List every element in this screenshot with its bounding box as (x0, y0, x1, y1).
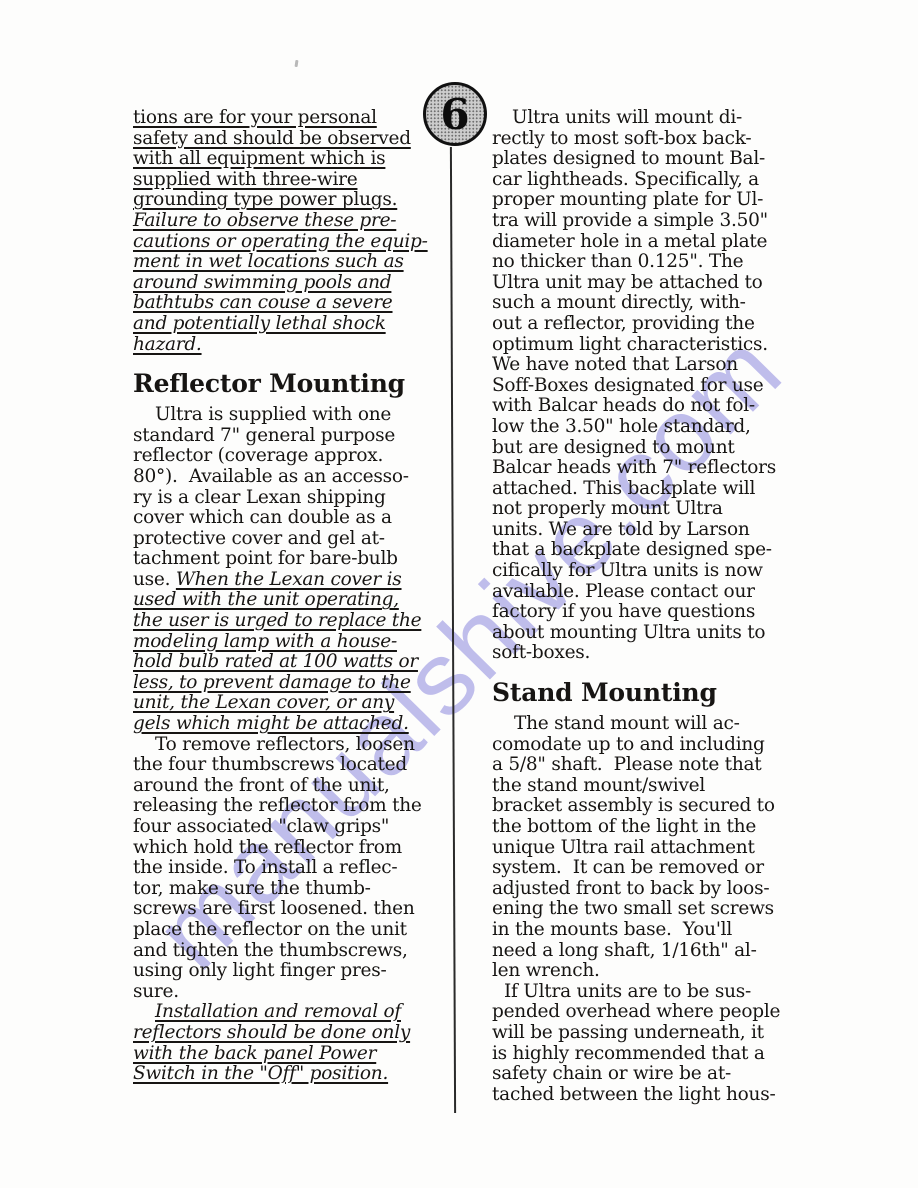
text-line: the inside. To install a reflec- (133, 858, 433, 879)
text-segment: less, to prevent damage to the (133, 672, 411, 693)
text-line: hold bulb rated at 100 watts or (133, 652, 433, 673)
text-segment: out a reflector, providing the (492, 313, 755, 334)
text-line: about mounting Ultra units to (492, 623, 812, 644)
page-number: 6 (440, 94, 469, 136)
text-segment: supplied with three-wire (133, 169, 357, 190)
text-segment: unit, the Lexan cover, or any (133, 692, 394, 713)
text-segment: If Ultra units are to be sus- (504, 981, 751, 1002)
text-segment: Soff-Boxes designated for use (492, 375, 764, 396)
text-line: tra will provide a simple 3.50" (492, 211, 812, 232)
text-line: less, to prevent damage to the (133, 673, 433, 694)
text-segment: comodate up to and including (492, 734, 765, 755)
text-segment: is highly recommended that a (492, 1043, 765, 1064)
text-segment: pended overhead where people (492, 1001, 780, 1022)
text-line: tached between the light hous- (492, 1085, 812, 1106)
text-line: Installation and removal of (133, 1002, 433, 1023)
text-segment: in the mounts base. You'll (492, 919, 732, 940)
text-line: low the 3.50" hole standard, (492, 417, 812, 438)
text-line: protective cover and gel at- (133, 529, 433, 550)
text-line: Ultra is supplied with one (133, 405, 433, 426)
text-line: that a backplate designed spe- (492, 540, 812, 561)
text-line: will be passing underneath, it (492, 1023, 812, 1044)
text-line: Failure to observe these pre- (133, 211, 433, 232)
section-heading: Stand Mounting (492, 679, 812, 707)
text-line: standard 7" general purpose (133, 426, 433, 447)
text-segment: use. (133, 569, 176, 590)
text-line: releasing the reflector from the (133, 796, 433, 817)
text-segment: len wrench. (492, 960, 600, 981)
text-line: the user is urged to replace the (133, 611, 433, 632)
text-line: bracket assembly is secured to (492, 796, 812, 817)
text-line: safety and should be observed (133, 129, 433, 150)
text-segment: factory if you have questions (492, 601, 755, 622)
text-segment: safety and should be observed (133, 128, 411, 149)
text-segment: the stand mount/swivel (492, 775, 705, 796)
text-line: sure. (133, 982, 433, 1003)
page-number-badge: 6 (423, 82, 487, 146)
text-line: in the mounts base. You'll (492, 920, 812, 941)
text-segment: When the Lexan cover is (176, 569, 402, 590)
text-segment: Ultra unit may be attached to (492, 272, 763, 293)
text-line: safety chain or wire be at- (492, 1064, 812, 1085)
text-line: tions are for your personal (133, 108, 433, 129)
text-line: four associated "claw grips" (133, 817, 433, 838)
text-line: around the front of the unit, (133, 776, 433, 797)
text-line: place the reflector on the unit (133, 920, 433, 941)
text-line: plates designed to mount Bal- (492, 149, 812, 170)
text-segment: plates designed to mount Bal- (492, 148, 765, 169)
text-line: the stand mount/swivel (492, 776, 812, 797)
text-line: and tighten the thumbscrews, (133, 941, 433, 962)
text-line: reflector (coverage approx. (133, 446, 433, 467)
text-line: cifically for Ultra units is now (492, 561, 812, 582)
text-segment: unique Ultra rail attachment (492, 837, 755, 858)
text-segment: system. It can be removed or (492, 857, 764, 878)
text-line: with all equipment which is (133, 149, 433, 170)
text-line: We have noted that Larson (492, 355, 812, 376)
text-line: use. When the Lexan cover is (133, 570, 433, 591)
text-segment: We have noted that Larson (492, 354, 738, 375)
text-line: gels which might be attached. (133, 714, 433, 735)
text-line: unit, the Lexan cover, or any (133, 693, 433, 714)
section-heading: Reflector Mounting (133, 370, 433, 398)
text-segment: Ultra is supplied with one (155, 404, 391, 425)
text-segment: screws are first loosened. then (133, 898, 415, 919)
text-segment: 80°). Available as an accesso- (133, 466, 409, 487)
text-line: available. Please contact our (492, 582, 812, 603)
text-line: Ultra unit may be attached to (492, 273, 812, 294)
text-line: len wrench. (492, 961, 812, 982)
text-segment: available. Please contact our (492, 581, 755, 602)
text-line: Switch in the "Off" position. (133, 1064, 433, 1085)
text-segment: grounding type power plugs. (133, 189, 397, 210)
text-segment: but are designed to mount (492, 437, 735, 458)
text-segment: ening the two small set screws (492, 898, 774, 919)
text-segment: proper mounting plate for Ul- (492, 189, 763, 210)
text-line: need a long shaft, 1/16th" al- (492, 941, 812, 962)
text-segment: will be passing underneath, it (492, 1022, 764, 1043)
text-line: If Ultra units are to be sus- (492, 982, 812, 1003)
text-line: factory if you have questions (492, 602, 812, 623)
text-segment: hold bulb rated at 100 watts or (133, 651, 418, 672)
text-segment: ment in wet locations such as (133, 251, 404, 272)
text-line: tachment point for bare-bulb (133, 549, 433, 570)
text-segment: used with the unit operating, (133, 589, 399, 610)
text-segment: with the back panel Power (133, 1043, 376, 1064)
text-line: such a mount directly, with- (492, 293, 812, 314)
text-segment: such a mount directly, with- (492, 292, 746, 313)
scanned-manual-page: manualshive.com 6 tions are for your per… (0, 0, 918, 1188)
text-segment: the inside. To install a reflec- (133, 857, 397, 878)
text-segment: around the front of the unit, (133, 775, 390, 796)
text-line: rectly to most soft-box back- (492, 129, 812, 150)
text-line: comodate up to and including (492, 735, 812, 756)
text-segment: around swimming pools and (133, 272, 391, 293)
text-segment: using only light finger pres- (133, 960, 387, 981)
text-line: proper mounting plate for Ul- (492, 190, 812, 211)
text-line: modeling lamp with a house- (133, 632, 433, 653)
text-segment: that a backplate designed spe- (492, 539, 772, 560)
text-line: To remove reflectors, loosen (133, 735, 433, 756)
text-segment: tor, make sure the thumb- (133, 878, 371, 899)
text-line: cautions or operating the equip- (133, 232, 433, 253)
text-line: supplied with three-wire (133, 170, 433, 191)
text-segment: cifically for Ultra units is now (492, 560, 763, 581)
text-line: reflectors should be done only (133, 1023, 433, 1044)
text-line: Ultra units will mount di- (492, 108, 812, 129)
text-segment: gels which might be attached. (133, 713, 409, 734)
text-line: ment in wet locations such as (133, 252, 433, 273)
text-line: around swimming pools and (133, 273, 433, 294)
text-segment: attached. This backplate will (492, 478, 755, 499)
text-line: is highly recommended that a (492, 1044, 812, 1065)
text-segment: ry is a clear Lexan shipping (133, 487, 386, 508)
text-segment: with Balcar heads do not fol- (492, 395, 755, 416)
text-segment: the four thumbscrews located (133, 754, 407, 775)
text-line: Balcar heads with 7" reflectors (492, 458, 812, 479)
text-segment: cautions or operating the equip- (133, 231, 428, 252)
text-segment: low the 3.50" hole standard, (492, 416, 751, 437)
text-segment: protective cover and gel at- (133, 528, 385, 549)
text-segment: a 5/8" shaft. Please note that (492, 754, 761, 775)
text-segment: Ultra units will mount di- (512, 107, 742, 128)
text-segment: and tighten the thumbscrews, (133, 940, 408, 961)
text-segment: optimum light characteristics. (492, 334, 768, 355)
scan-noise-speck (295, 60, 299, 67)
text-segment: safety chain or wire be at- (492, 1063, 731, 1084)
text-segment: To remove reflectors, loosen (155, 734, 415, 755)
text-segment: diameter hole in a metal plate (492, 231, 767, 252)
text-segment: releasing the reflector from the (133, 795, 422, 816)
text-segment: and potentially lethal shock (133, 313, 386, 334)
text-line: optimum light characteristics. (492, 335, 812, 356)
text-segment: no thicker than 0.125". The (492, 251, 743, 272)
text-segment: place the reflector on the unit (133, 919, 407, 940)
text-segment: units. We are told by Larson (492, 519, 750, 540)
text-segment: soft-boxes. (492, 642, 590, 663)
text-line: using only light finger pres- (133, 961, 433, 982)
text-segment: standard 7" general purpose (133, 425, 395, 446)
text-line: pended overhead where people (492, 1002, 812, 1023)
text-line: ry is a clear Lexan shipping (133, 488, 433, 509)
text-line: with the back panel Power (133, 1044, 433, 1065)
text-line: soft-boxes. (492, 643, 812, 664)
text-segment: the bottom of the light in the (492, 816, 756, 837)
text-line: The stand mount will ac- (492, 714, 812, 735)
text-line: and potentially lethal shock (133, 314, 433, 335)
text-line: a 5/8" shaft. Please note that (492, 755, 812, 776)
text-segment: Installation and removal of (155, 1001, 401, 1022)
text-segment: which hold the reflector from (133, 837, 402, 858)
text-line: adjusted front to back by loos- (492, 879, 812, 900)
text-line: not properly mount Ultra (492, 499, 812, 520)
text-line: ening the two small set screws (492, 899, 812, 920)
text-segment: bathtubs can couse a severe (133, 292, 393, 313)
text-line: diameter hole in a metal plate (492, 232, 812, 253)
text-segment: need a long shaft, 1/16th" al- (492, 940, 757, 961)
text-line: the bottom of the light in the (492, 817, 812, 838)
text-segment: tions are for your personal (133, 107, 377, 128)
text-segment: the user is urged to replace the (133, 610, 421, 631)
text-line: units. We are told by Larson (492, 520, 812, 541)
text-line: tor, make sure the thumb- (133, 879, 433, 900)
text-segment: hazard. (133, 334, 202, 355)
text-line: but are designed to mount (492, 438, 812, 459)
text-segment: Switch in the "Off" position. (133, 1063, 388, 1084)
text-line: 80°). Available as an accesso- (133, 467, 433, 488)
text-segment: tachment point for bare-bulb (133, 548, 398, 569)
left-text-column: tions are for your personalsafety and sh… (133, 108, 433, 1085)
text-segment: reflectors should be done only (133, 1022, 410, 1043)
text-line: cover which can double as a (133, 508, 433, 529)
text-line: with Balcar heads do not fol- (492, 396, 812, 417)
text-segment: car lightheads. Specifically, a (492, 169, 759, 190)
text-line: out a reflector, providing the (492, 314, 812, 335)
right-text-column: Ultra units will mount di-rectly to most… (492, 108, 812, 1105)
text-segment: about mounting Ultra units to (492, 622, 765, 643)
text-line: screws are first loosened. then (133, 899, 433, 920)
text-line: Soff-Boxes designated for use (492, 376, 812, 397)
text-segment: rectly to most soft-box back- (492, 128, 751, 149)
text-segment: tached between the light hous- (492, 1084, 775, 1105)
text-line: attached. This backplate will (492, 479, 812, 500)
text-line: the four thumbscrews located (133, 755, 433, 776)
text-segment: modeling lamp with a house- (133, 631, 397, 652)
text-line: system. It can be removed or (492, 858, 812, 879)
column-divider-line (450, 147, 456, 1113)
text-segment: Failure to observe these pre- (133, 210, 396, 231)
text-line: no thicker than 0.125". The (492, 252, 812, 273)
text-segment: with all equipment which is (133, 148, 385, 169)
text-segment: Balcar heads with 7" reflectors (492, 457, 776, 478)
text-segment: reflector (coverage approx. (133, 445, 383, 466)
text-segment: sure. (133, 981, 179, 1002)
text-segment: four associated "claw grips" (133, 816, 389, 837)
text-line: which hold the reflector from (133, 838, 433, 859)
text-line: bathtubs can couse a severe (133, 293, 433, 314)
text-line: hazard. (133, 335, 433, 356)
text-segment: tra will provide a simple 3.50" (492, 210, 768, 231)
text-segment: adjusted front to back by loos- (492, 878, 769, 899)
text-segment: bracket assembly is secured to (492, 795, 775, 816)
text-line: used with the unit operating, (133, 590, 433, 611)
text-line: car lightheads. Specifically, a (492, 170, 812, 191)
text-segment: The stand mount will ac- (514, 713, 740, 734)
text-segment: not properly mount Ultra (492, 498, 723, 519)
text-line: grounding type power plugs. (133, 190, 433, 211)
text-line: unique Ultra rail attachment (492, 838, 812, 859)
text-segment: cover which can double as a (133, 507, 392, 528)
